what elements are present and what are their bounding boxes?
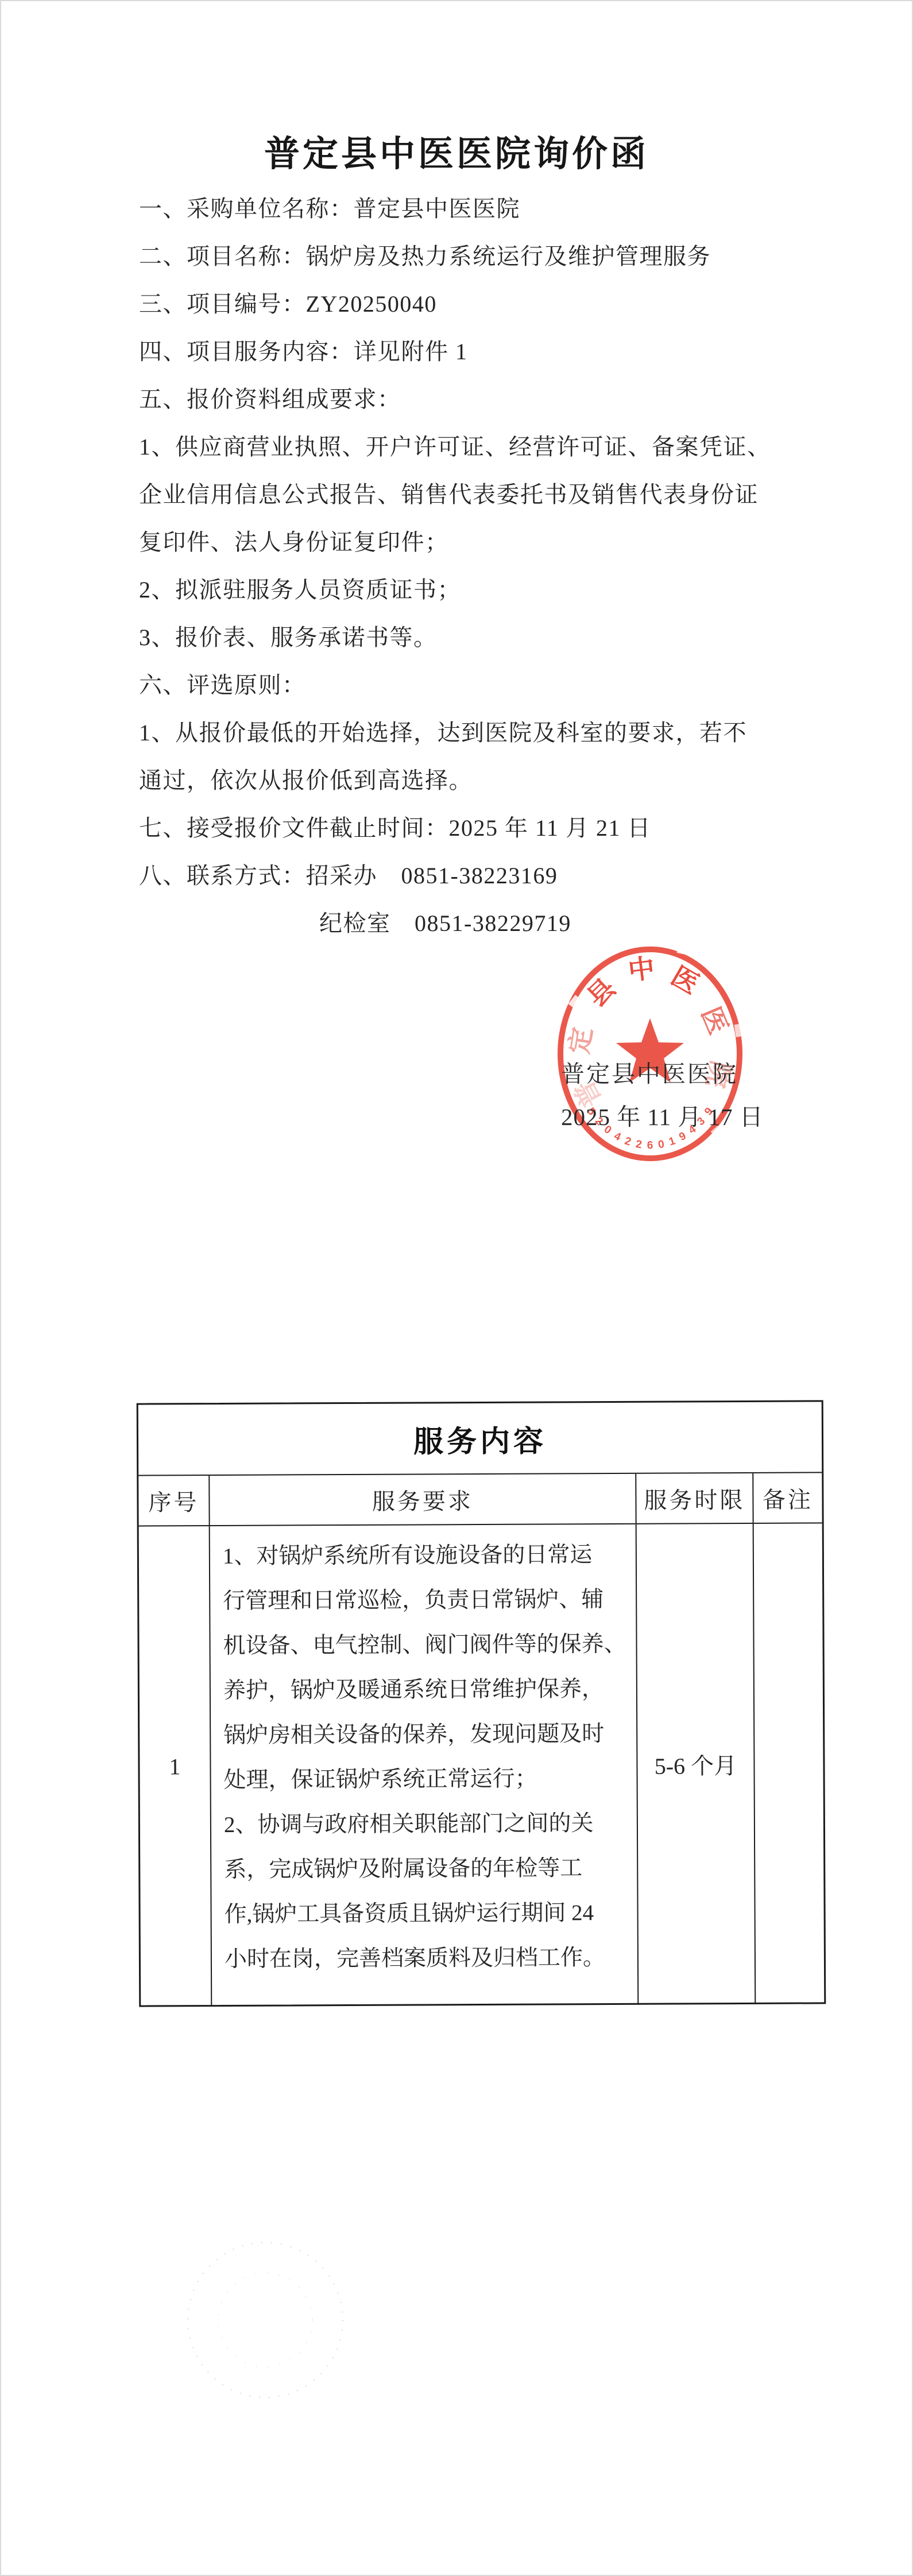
svg-text:定: 定 (564, 1025, 598, 1056)
svg-text:2: 2 (623, 1135, 632, 1148)
service-content-table: 服务内容 序号 服务要求 服务时限 备注 1 1、对锅炉系统所有设施设备的日常运… (137, 1400, 826, 2007)
body-line-deadline: 七、接受报价文件截止时间：2025 年 11 月 21 日 (139, 804, 794, 852)
document-body: 一、采购单位名称：普定县中医医院 二、项目名称：锅炉房及热力系统运行及维护管理服… (139, 185, 794, 947)
official-seal-graphic: 普定县中医医院 5204226019439 (541, 938, 759, 1167)
req-line: 养护，锅炉及暖通系统日常维护保养， (223, 1667, 626, 1713)
req-line: 锅炉房相关设备的保养，发现问题及时 (223, 1712, 626, 1758)
svg-text:6: 6 (647, 1140, 653, 1152)
cell-remark (753, 1523, 825, 2004)
svg-text:2: 2 (635, 1138, 643, 1151)
body-line-materials-1c: 复印件、法人身份证复印件； (139, 518, 794, 566)
req-line: 机设备、电气控制、阀门阀件等的保养、 (223, 1622, 625, 1669)
req-line: 行管理和日常巡检，负责日常锅炉、辅 (223, 1577, 625, 1624)
cell-seq: 1 (139, 1526, 211, 2007)
req-line: 小时在岗，完善档案质料及归档工作。 (225, 1935, 627, 1982)
official-seal: 普定县中医医院 5204226019439 (541, 938, 759, 1167)
svg-text:0: 0 (657, 1138, 666, 1151)
body-line-purchaser: 一、采购单位名称：普定县中医医院 (139, 185, 794, 232)
seal-ink-break (734, 1023, 745, 1037)
col-header-req: 服务要求 (208, 1474, 635, 1525)
body-line-rule-1b: 通过，依次从报价低到高选择。 (139, 756, 794, 804)
body-line-materials-1: 1、供应商营业执照、开户许可证、经营许可证、备案凭证、 (139, 423, 794, 471)
svg-text:4: 4 (612, 1130, 623, 1144)
body-line-contact-zcb: 八、联系方式：招采办 0851-38223169 (139, 852, 794, 899)
body-line-project-name: 二、项目名称：锅炉房及热力系统运行及维护管理服务 (139, 232, 794, 280)
req-line: 作,锅炉工具备资质且锅炉运行期间 24 (224, 1891, 626, 1937)
table-row: 1 1、对锅炉系统所有设施设备的日常运 行管理和日常巡检，负责日常锅炉、辅 机设… (139, 1522, 825, 2007)
req-line: 系，完成锅炉及附属设备的年检等工 (224, 1846, 626, 1892)
req-line: 处理，保证锅炉系统正常运行； (223, 1756, 626, 1803)
document-title: 普定县中医医院询价函 (1, 125, 912, 176)
body-line-materials-2: 2、拟派驻服务人员资质证书； (139, 566, 794, 614)
cell-requirements: 1、对锅炉系统所有设施设备的日常运 行管理和日常巡检，负责日常锅炉、辅 机设备、… (209, 1524, 638, 2007)
body-line-materials-1b: 企业信用信息公式报告、销售代表委托书及销售代表身份证 (139, 471, 794, 518)
body-line-rule-1: 1、从报价最低的开始选择，达到医院及科室的要求，若不 (139, 709, 794, 756)
scan-noise-inner (218, 2273, 312, 2367)
req-line: 1、对锅炉系统所有设施设备的日常运 (223, 1533, 625, 1579)
svg-text:中: 中 (626, 953, 656, 986)
issue-date-line: 2025 年 11 月 17 日 (561, 1098, 779, 1132)
svg-text:9: 9 (678, 1130, 688, 1144)
col-header-duration: 服务时限 (635, 1473, 752, 1523)
cell-duration: 5-6 个月 (636, 1524, 755, 2005)
body-line-service-content: 四、项目服务内容：详见附件 1 (139, 328, 794, 375)
issuer-name-line: 普定县中医医院 (561, 1055, 750, 1089)
body-line-selection-rule: 六、评选原则： (139, 661, 794, 709)
req-line: 2、协调与政府相关职能部门之间的关 (224, 1801, 626, 1848)
col-header-remark: 备注 (752, 1473, 822, 1523)
body-line-project-number: 三、项目编号：ZY20250040 (139, 280, 794, 328)
table-header-row: 序号 服务要求 服务时限 备注 (138, 1472, 822, 1525)
table-title: 服务内容 (138, 1402, 822, 1475)
scanned-document-page: 普定县中医医院询价函 一、采购单位名称：普定县中医医院 二、项目名称：锅炉房及热… (0, 0, 913, 2576)
scan-noise-outer (188, 2243, 343, 2397)
svg-text:1: 1 (667, 1135, 677, 1148)
body-line-quote-materials: 五、报价资料组成要求： (139, 375, 794, 423)
scan-noise-ring (179, 2234, 351, 2406)
col-header-seq: 序号 (138, 1476, 208, 1526)
body-line-materials-3: 3、报价表、服务承诺书等。 (139, 614, 794, 661)
